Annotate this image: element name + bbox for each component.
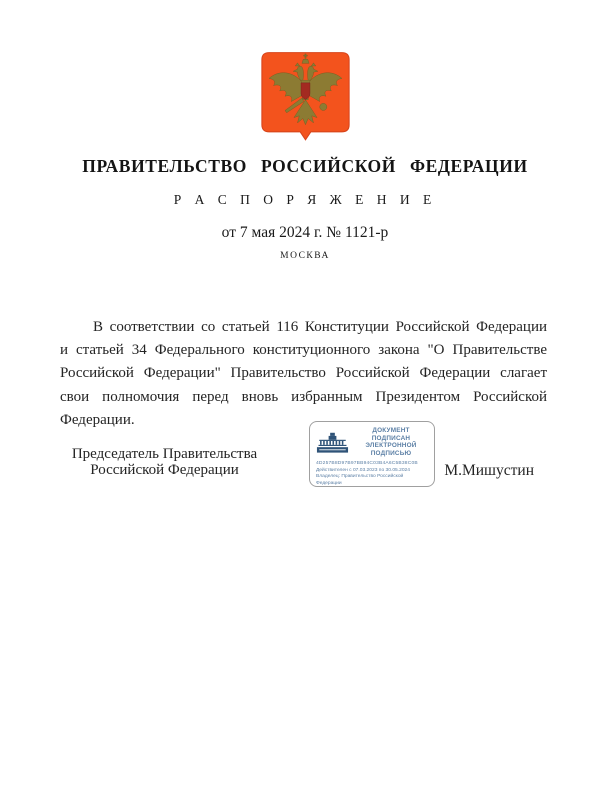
electronic-signature-stamp: ДОКУМЕНТ ПОДПИСАН ЭЛЕКТРОННОЙ ПОДПИСЬЮ 4… (309, 421, 435, 487)
russian-coat-of-arms-icon (261, 51, 350, 145)
stamp-title-line1: ДОКУМЕНТ ПОДПИСАН (353, 427, 429, 442)
government-title: ПРАВИТЕЛЬСТВО РОССИЙСКОЙ ФЕДЕРАЦИИ (0, 156, 610, 177)
signer-position: Председатель Правительства Российской Фе… (62, 447, 267, 479)
signer-position-line2: Российской Федерации (62, 463, 267, 479)
body-line: Федерации. (60, 409, 547, 432)
government-building-icon (316, 432, 349, 453)
stamp-owner: Владелец: Правительство Российской Федер… (316, 474, 428, 487)
body-line: свои полномочия перед вновь избранным Пр… (60, 386, 547, 409)
signer-name: М.Мишустин (430, 462, 534, 480)
document-type-title: Р А С П О Р Я Ж Е Н И Е (0, 192, 610, 208)
city-label: МОСКВА (0, 251, 610, 261)
stamp-title-line2: ЭЛЕКТРОННОЙ ПОДПИСЬЮ (353, 442, 429, 457)
stamp-certificate-number: 4D257B8D97B97BB94C03B4A6C5B38C0B (316, 461, 428, 467)
decree-body-paragraph: В соответствии со статьей 116 Конституци… (60, 316, 547, 432)
body-line: и статьей 34 Федерального конституционно… (60, 339, 547, 362)
body-line: Российской Федерации" Правительство Росс… (60, 362, 547, 385)
signer-position-line1: Председатель Правительства (62, 447, 267, 463)
body-line: В соответствии со статьей 116 Конституци… (60, 316, 547, 339)
document-page: ПРАВИТЕЛЬСТВО РОССИЙСКОЙ ФЕДЕРАЦИИ Р А С… (0, 0, 610, 800)
stamp-title: ДОКУМЕНТ ПОДПИСАН ЭЛЕКТРОННОЙ ПОДПИСЬЮ (353, 427, 429, 457)
date-and-number-line: от 7 мая 2024 г. № 1121-р (0, 224, 610, 242)
